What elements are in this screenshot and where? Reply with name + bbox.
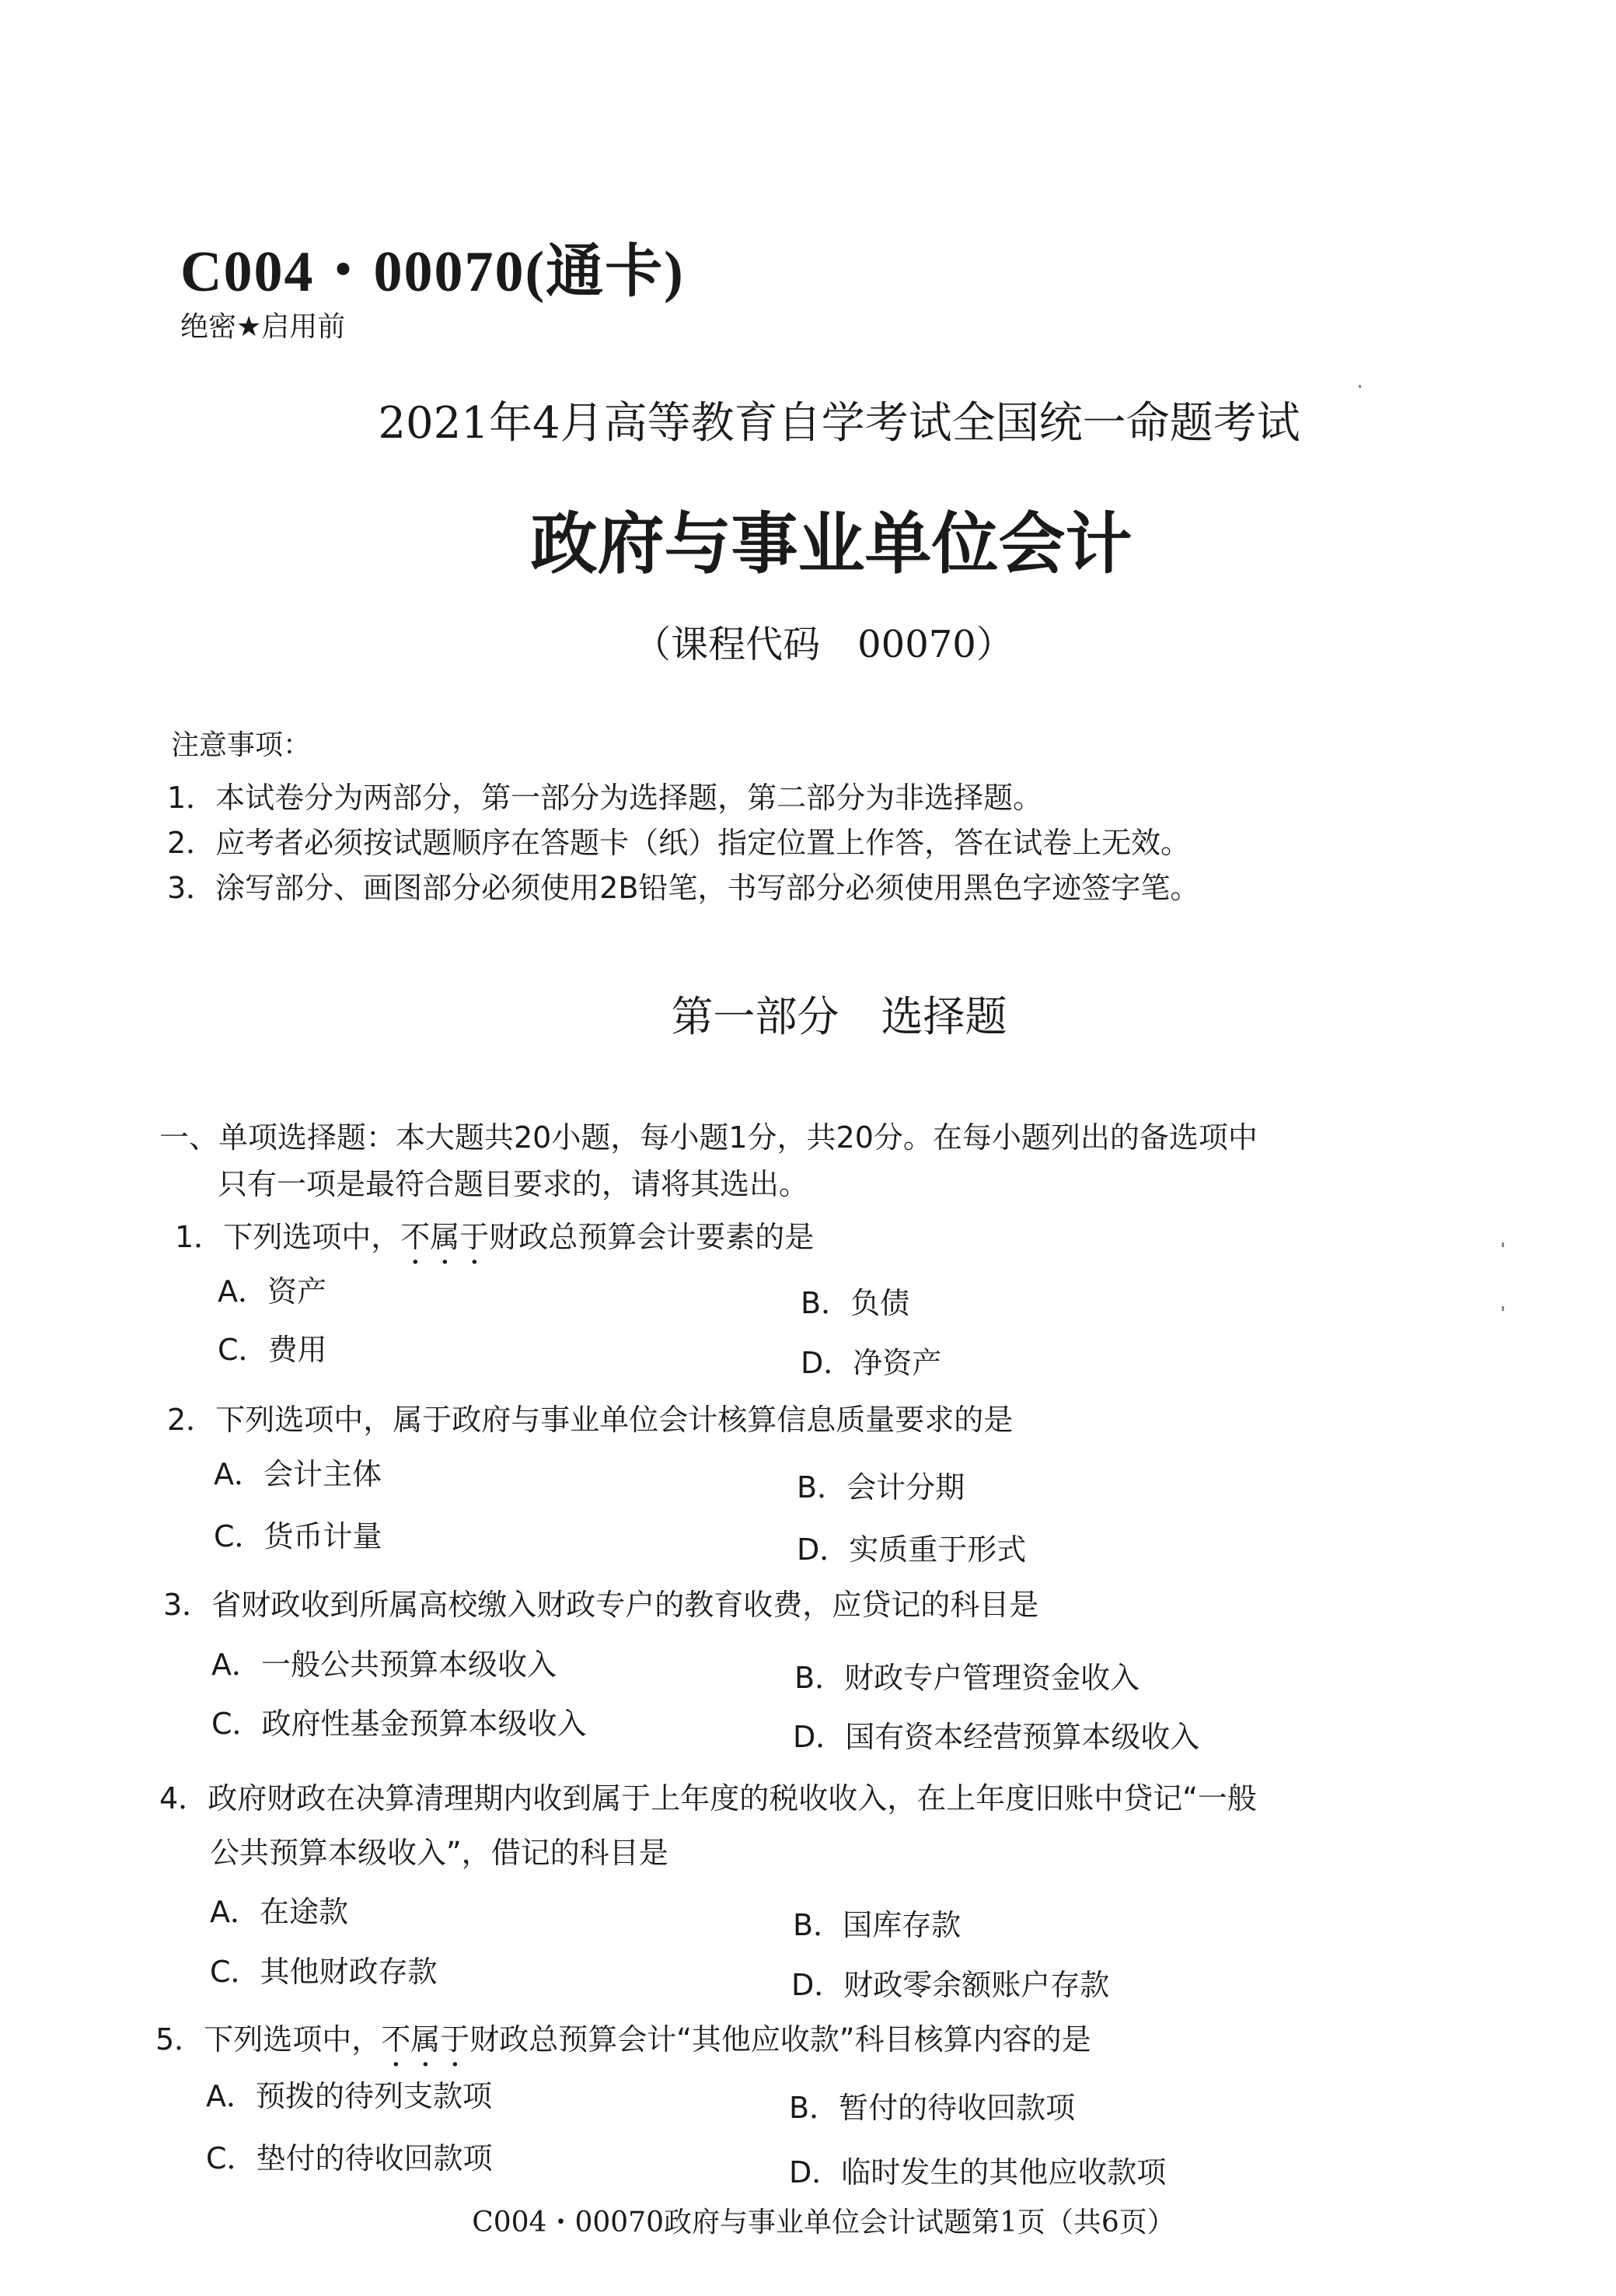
part-title: 第一部分 选择题 — [0, 984, 1616, 1043]
question-4-line2: 公共预算本级收入”，借记的科目是 — [210, 1829, 668, 1871]
exam-title: 2021年4月高等教育自学考试全国统一命题考试 — [0, 389, 1616, 451]
confidentiality-mark: 绝密★启用前 — [180, 305, 345, 344]
course-code: （课程代码 00070） — [0, 614, 1616, 668]
question-stem: 下列选项中， — [204, 2022, 381, 2057]
question-number: 2． — [167, 1403, 215, 1437]
option-c: C．货币计量 — [214, 1512, 382, 1555]
exam-code: C004・00070(通卡) — [180, 225, 685, 308]
question-2: 2．下列选项中，属于政府与事业单位会计核算信息质量要求的是 — [167, 1396, 1013, 1438]
question-number: 4． — [159, 1781, 208, 1815]
question-stem: 财政总预算会计“其他应收款”科目核算内容的是 — [469, 2022, 1091, 2057]
notes-title: 注意事项： — [171, 723, 311, 763]
page-footer: C004・00070政府与事业单位会计试题第1页（共6页） — [0, 2200, 1616, 2240]
option-a: A．预拨的待列支款项 — [206, 2072, 492, 2115]
option-c: C．垫付的待收回款项 — [206, 2134, 493, 2177]
note-item: 3．涂写部分、画图部分必须使用2B铅笔，书写部分必须使用黑色字迹签字笔。 — [167, 864, 1199, 907]
question-stem: 财政总预算会计要素的是 — [489, 1220, 814, 1254]
option-c: C．政府性基金预算本级收入 — [211, 1700, 587, 1742]
scan-speck — [1502, 1306, 1504, 1311]
option-d: D．财政零余额账户存款 — [791, 1961, 1109, 2004]
option-b: B．负债 — [801, 1279, 909, 1322]
option-d: D．净资产 — [801, 1339, 941, 1382]
question-1: 1．下列选项中，不属于财政总预算会计要素的是 — [175, 1213, 814, 1271]
section-instructions-line2: 只有一项是最符合题目要求的，请将其选出。 — [218, 1160, 808, 1203]
question-3: 3．省财政收到所属高校缴入财政专户的教育收费，应贷记的科目是 — [163, 1581, 1038, 1623]
question-5: 5．下列选项中，不属于财政总预算会计“其他应收款”科目核算内容的是 — [155, 2015, 1091, 2074]
option-b: B．财政专户管理资金收入 — [794, 1654, 1140, 1697]
option-a: A．资产 — [218, 1267, 326, 1310]
option-a: A．在途款 — [210, 1888, 348, 1931]
question-emphasis: 不属于 — [381, 2022, 469, 2057]
scan-speck — [1359, 385, 1361, 388]
option-d: D．临时发生的其他应收款项 — [789, 2148, 1166, 2191]
option-d: D．国有资本经营预算本级收入 — [793, 1713, 1199, 1756]
option-b: B．会计分期 — [797, 1463, 965, 1506]
question-stem: 政府财政在决算清理期内收到属于上年度的税收收入，在上年度旧账中贷记“一般 — [208, 1781, 1257, 1815]
question-number: 3． — [163, 1588, 211, 1622]
question-stem: 省财政收到所属高校缴入财政专户的教育收费，应贷记的科目是 — [211, 1588, 1038, 1622]
option-c: C．其他财政存款 — [210, 1948, 438, 1990]
question-stem: 下列选项中，属于政府与事业单位会计核算信息质量要求的是 — [215, 1403, 1013, 1437]
question-number: 5． — [155, 2022, 204, 2057]
question-stem: 下列选项中， — [223, 1220, 400, 1254]
question-number: 1． — [175, 1220, 223, 1254]
question-emphasis: 不属于 — [400, 1220, 489, 1254]
section-instructions-line1: 一、单项选择题：本大题共20小题，每小题1分，共20分。在每小题列出的备选项中 — [159, 1113, 1258, 1156]
note-item: 1．本试卷分为两部分，第一部分为选择题，第二部分为非选择题。 — [167, 774, 1042, 816]
option-b: B．暂付的待收回款项 — [789, 2084, 1075, 2127]
option-c: C．费用 — [218, 1326, 327, 1368]
option-a: A．会计主体 — [214, 1450, 382, 1493]
note-item: 2．应考者必须按试题顺序在答题卡（纸）指定位置上作答，答在试卷上无效。 — [167, 819, 1190, 861]
scan-speck — [1502, 1242, 1504, 1247]
option-d: D．实质重于形式 — [797, 1525, 1026, 1568]
option-b: B．国库存款 — [793, 1901, 961, 1944]
option-a: A．一般公共预算本级收入 — [211, 1641, 557, 1683]
question-4-line1: 4．政府财政在决算清理期内收到属于上年度的税收收入，在上年度旧账中贷记“一般 — [159, 1774, 1257, 1817]
subject-title: 政府与事业单位会计 — [0, 490, 1616, 586]
